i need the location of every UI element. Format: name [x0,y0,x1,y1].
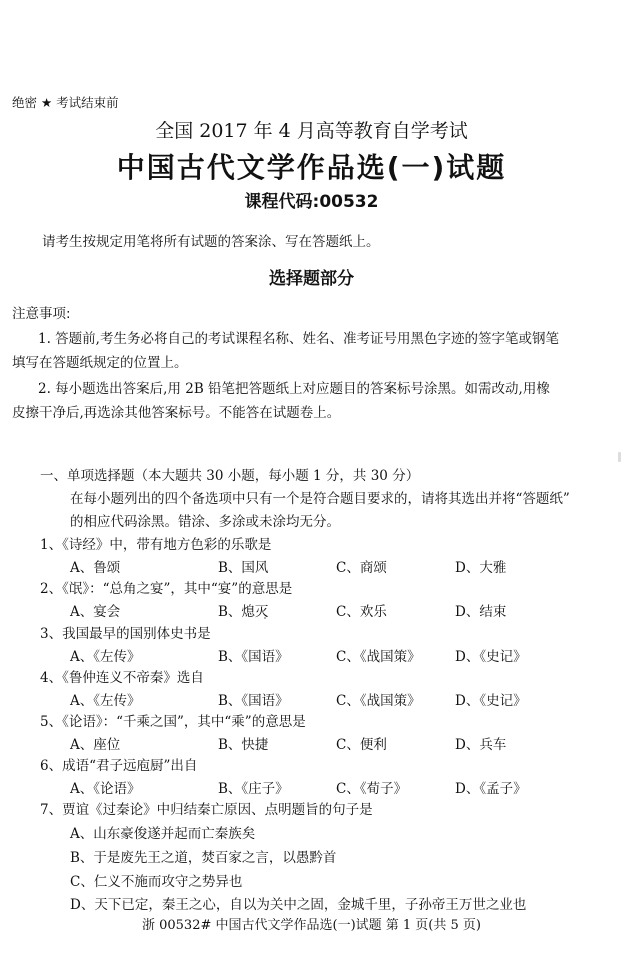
question-4-option-d: D、《史记》 [455,689,527,709]
note-1-line-2: 填写在答题纸规定的位置上。 [12,351,188,371]
notes-heading: 注意事项: [12,302,71,322]
question-7-stem: 7、贾谊《过秦论》中归结秦亡原因、点明题旨的句子是 [40,798,373,818]
question-2-stem: 2、《氓》：“总角之宴”，其中“宴”的意思是 [40,577,292,597]
question-5-option-b: B、快捷 [218,733,268,753]
course-code: 课程代码:00532 [0,187,623,212]
note-1-line-1: 1. 答题前,考生务必将自己的考试课程名称、姓名、准考证号用黑色字迹的签字笔或钢… [38,327,559,347]
question-1-option-a: A、鲁颂 [70,556,120,576]
question-1-option-c: C、商颂 [336,556,387,576]
question-3-option-a: A、《左传》 [70,645,141,665]
exam-subject-title: 中国古代文学作品选(一)试题 [0,146,623,186]
question-5-stem: 5、《论语》：“千乘之国”，其中“乘”的意思是 [40,710,306,730]
question-7-option-d: D、天下已定，秦王之心，自以为关中之固，金城千里，子孙帝王万世之业也 [70,893,526,913]
question-6-option-a: A、《论语》 [70,777,141,797]
question-5-option-a: A、座位 [70,733,120,753]
question-7-option-b: B、于是废先王之道，焚百家之言，以愚黔首 [70,846,336,866]
question-5-option-c: C、便利 [336,733,387,753]
question-2-option-c: C、欢乐 [336,600,387,620]
note-2-line-1: 2. 每小题选出答案后,用 2B 铅笔把答题纸上对应题目的答案标号涂黑。如需改动… [38,377,550,397]
question-4-stem: 4、《鲁仲连义不帝秦》选自 [40,666,204,686]
general-instruction: 请考生按规定用笔将所有试题的答案涂、写在答题纸上。 [42,230,380,250]
question-2-option-d: D、结束 [455,600,506,620]
note-2-line-2: 皮擦干净后,再选涂其他答案标号。不能答在试题卷上。 [12,401,340,421]
question-4-option-c: C、《战国策》 [336,689,421,709]
page-footer: 浙 00532# 中国古代文学作品选(一)试题 第 1 页(共 5 页) [0,914,623,933]
scan-speck [264,617,266,619]
question-3-option-c: C、《战国策》 [336,645,421,665]
question-3-option-b: B、《国语》 [218,645,289,665]
question-6-option-d: D、《孟子》 [455,777,527,797]
question-7-option-c: C、仁义不施而攻守之势异也 [70,870,242,890]
question-3-stem: 3、我国最早的国别体史书是 [40,622,211,642]
section-title: 选择题部分 [0,264,623,289]
question-2-option-b: B、熄灭 [218,600,268,620]
question-4-option-b: B、《国语》 [218,689,289,709]
confidential-label: 绝密 ★ 考试结束前 [12,93,119,111]
question-5-option-d: D、兵车 [455,733,506,753]
question-1-option-d: D、大雅 [455,556,506,576]
question-6-stem: 6、成语“君子远庖厨”出自 [40,754,197,774]
question-1-stem: 1、《诗经》中，带有地方色彩的乐歌是 [40,533,271,553]
part-description-line-1: 在每小题列出的四个备选项中只有一个是符合题目要求的，请将其选出并将“答题纸” [70,487,570,507]
question-7-option-a: A、山东豪俊遂并起而亡秦族矣 [70,822,255,842]
question-6-option-b: B、《庄子》 [218,777,289,797]
question-4-option-a: A、《左传》 [70,689,141,709]
part-description-line-2: 的相应代码涂黑。错涂、多涂或未涂均无分。 [70,510,340,530]
exam-session-title: 全国 2017 年 4 月高等教育自学考试 [0,116,623,143]
question-2-option-a: A、宴会 [70,600,120,620]
question-3-option-d: D、《史记》 [455,645,527,665]
question-6-option-c: C、《荀子》 [336,777,407,797]
part-heading: 一、单项选择题（本大题共 30 小题，每小题 1 分，共 30 分） [40,464,419,484]
scan-edge-mark [618,452,621,462]
question-1-option-b: B、国风 [218,556,268,576]
